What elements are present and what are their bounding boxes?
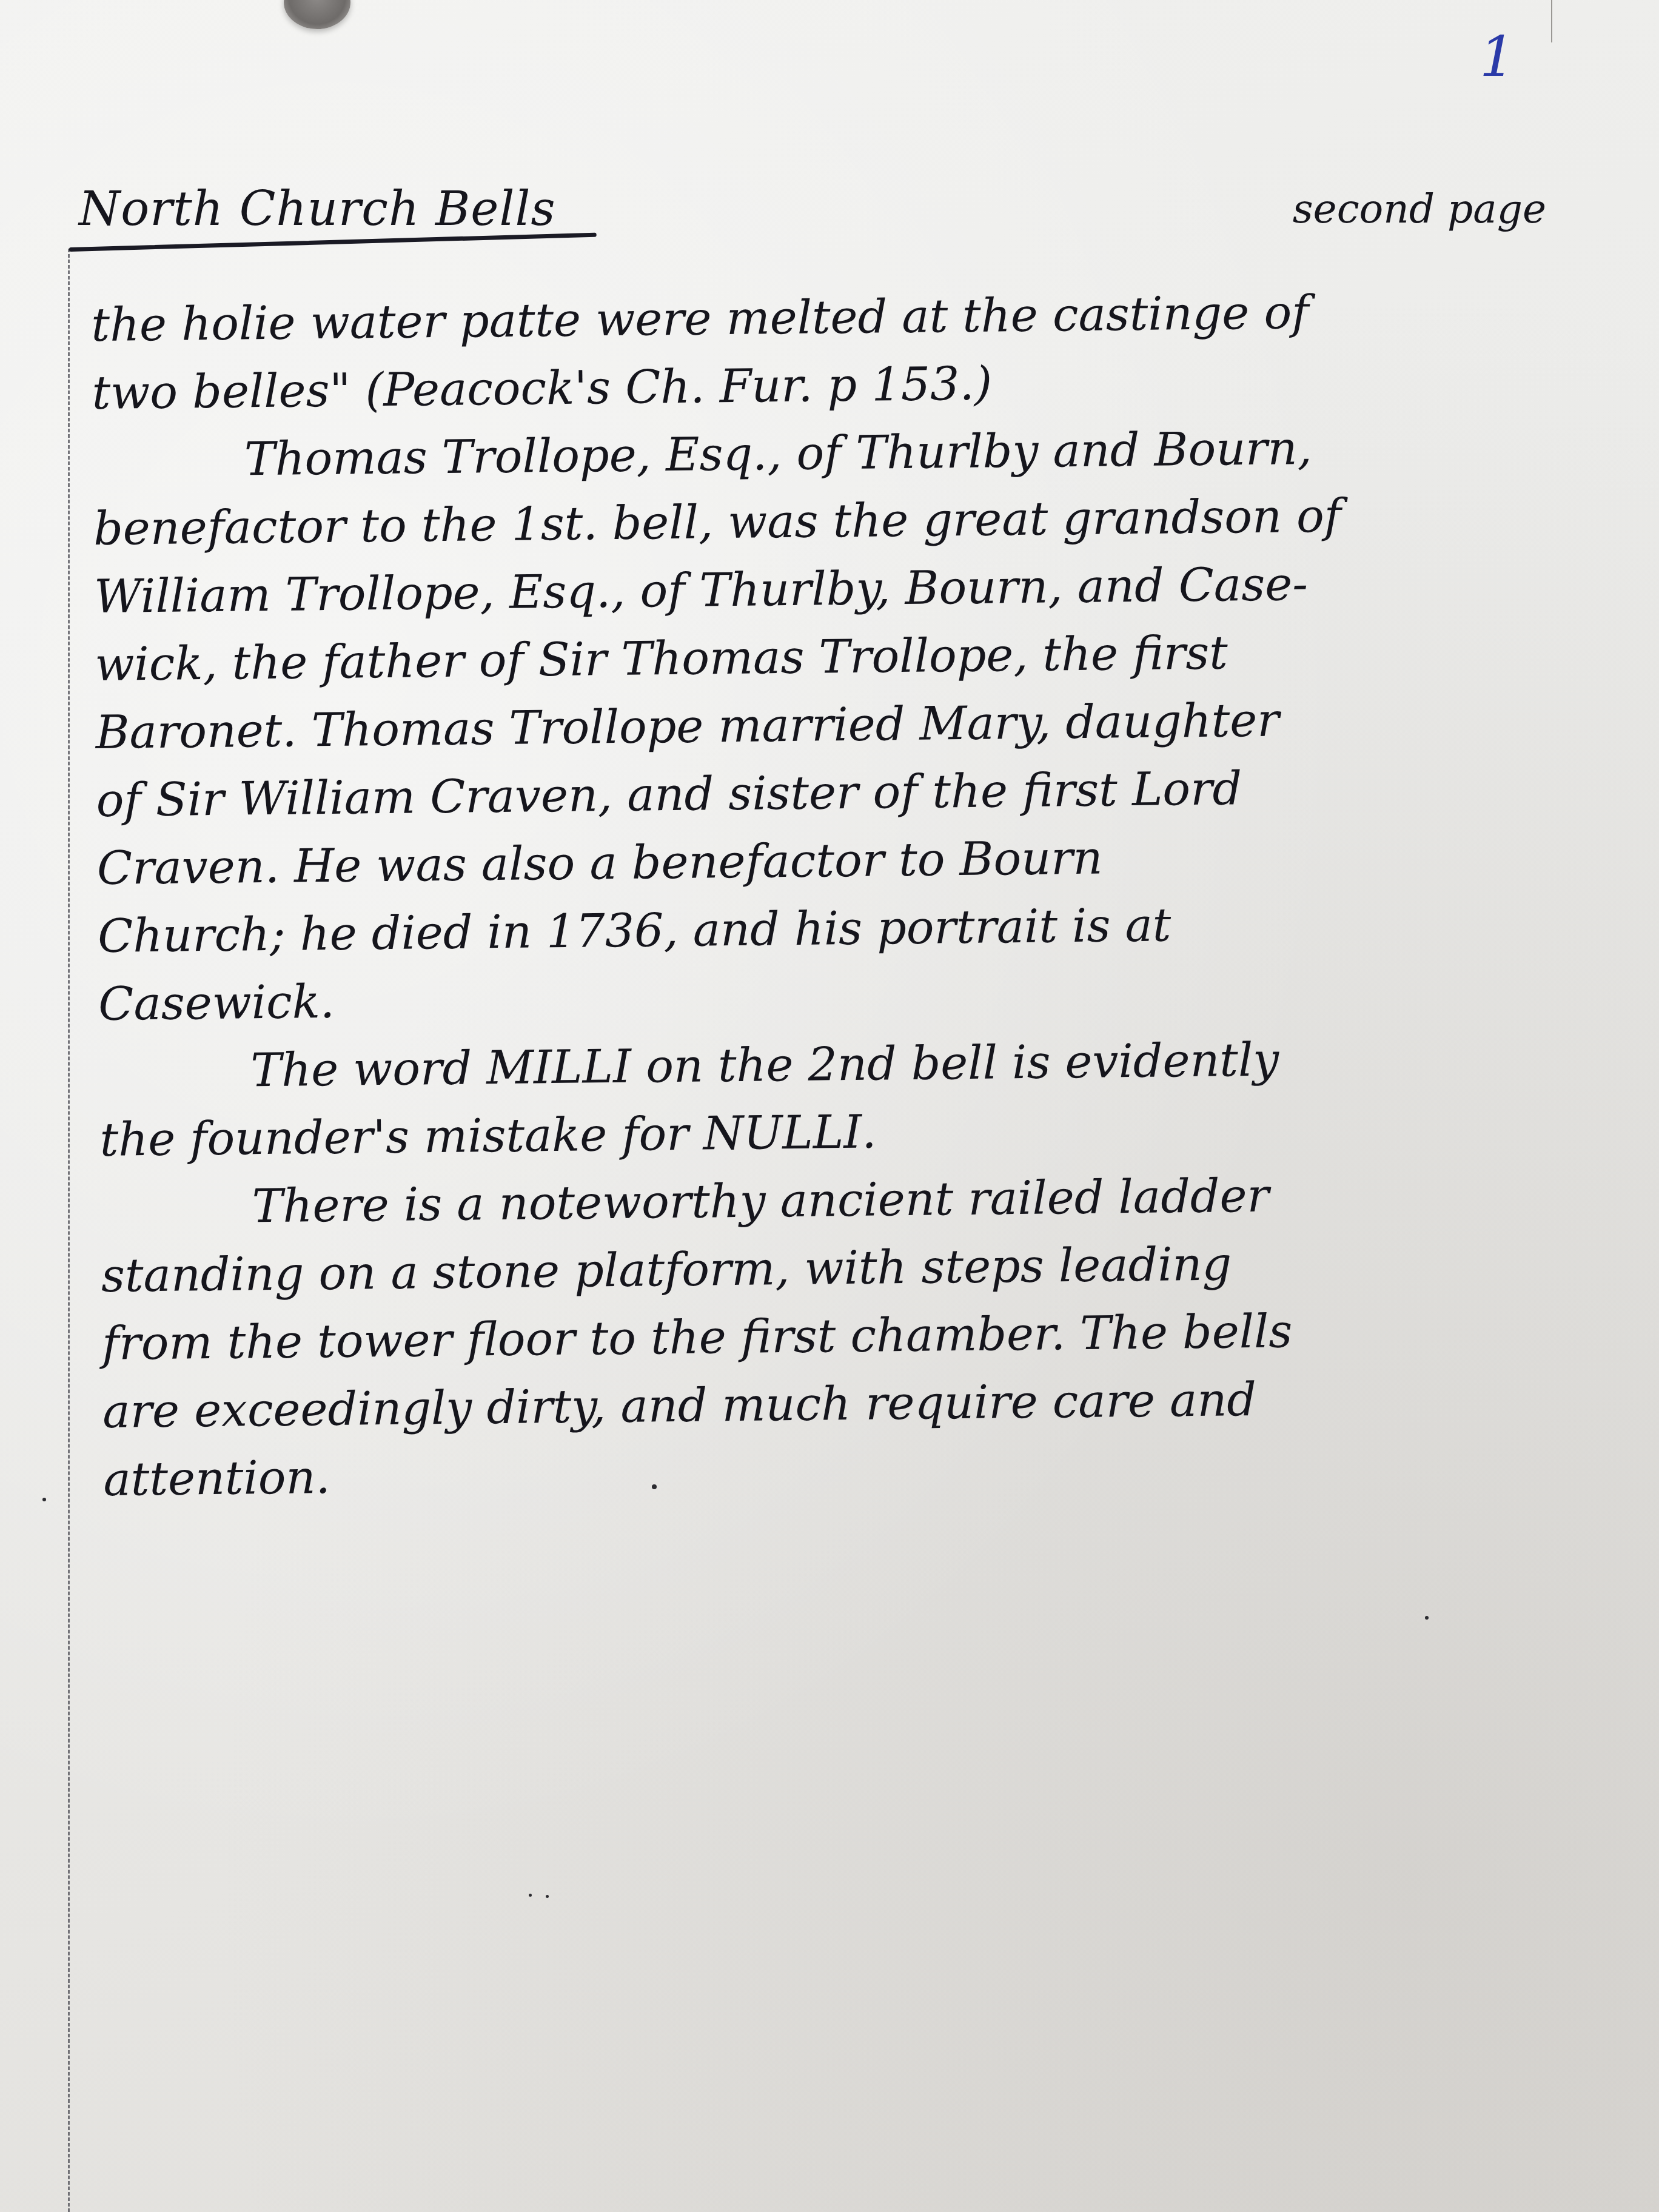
- ink-speck: [652, 1484, 657, 1489]
- ink-speck: [42, 1498, 46, 1501]
- margin-line: [68, 249, 70, 2212]
- paragraph-4: There is a noteworthy ancient railed lad…: [100, 1158, 1577, 1513]
- punch-hole: [284, 0, 350, 29]
- page-subtitle: second page: [1293, 186, 1546, 232]
- paper-edge-mark: [1551, 0, 1552, 42]
- paragraph-3: The word MILLI on the 2nd bell is eviden…: [99, 1022, 1574, 1173]
- paragraph-2: Thomas Trollope, Esq., of Thurlby and Bo…: [92, 412, 1572, 1038]
- page-title: North Church Bells: [79, 182, 555, 236]
- paragraph-1: the holie water patte were melted at the…: [91, 276, 1566, 427]
- page-header: North Church Bells second page: [79, 176, 1546, 255]
- ink-speck: [1425, 1616, 1429, 1620]
- ink-speck: [546, 1895, 549, 1898]
- ink-speck: [529, 1894, 532, 1897]
- handwritten-body: the holie water patte were melted at the…: [91, 276, 1577, 1513]
- page-number: 1: [1480, 24, 1515, 89]
